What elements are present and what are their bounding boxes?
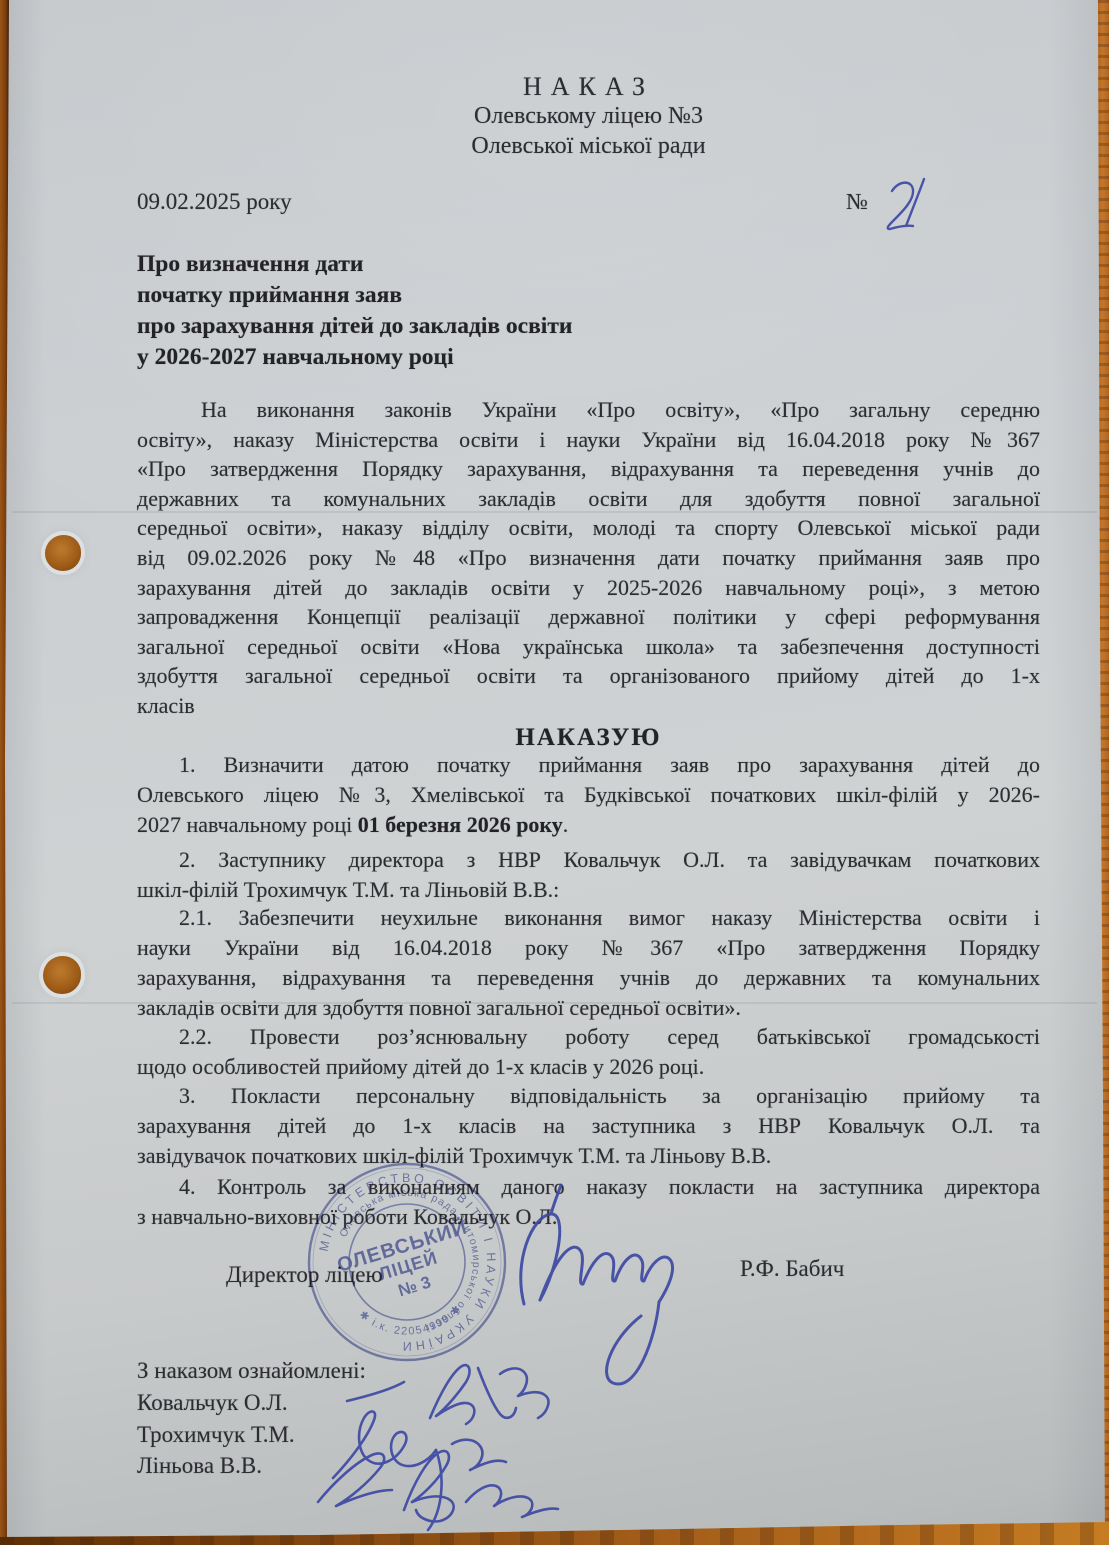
item1-date-bold: 01 березня 2026 року [358,812,563,837]
item-line: шкіл-філій Трохимчук Т.М. та Ліньовій В.… [137,875,1040,905]
item-line: 3. Покласти персональну відповідальність… [137,1081,1040,1111]
director-name: Р.Ф. Бабич [740,1256,844,1282]
document-title: НАКАЗ [137,72,1040,102]
order-date: 09.02.2025 року [137,189,292,215]
order-item-2-2: 2.2. Провести роз’яснювальну роботу сере… [137,1022,1040,1082]
item-line: 1. Визначити датою початку приймання зая… [137,750,1040,780]
preamble-line: запровадження Концепції реалізації держа… [137,602,1040,632]
preamble-line: загальної середньої освіти «Нова українс… [137,632,1040,662]
desk-edge-left [0,0,10,1545]
punch-hole-top [45,535,81,571]
org-line-2: Олевської міської ради [137,133,1040,160]
acknowledgement-name-3: Ліньова В.В. [137,1453,262,1479]
preamble-line: зарахування дітей до закладів освіти у 2… [137,573,1040,603]
acknowledgement-signature-2 [333,1411,506,1530]
handwritten-number-21 [888,179,924,229]
order-number-sign: № [846,189,868,215]
item-line: зарахування, відрахування та переведення… [137,963,1040,993]
order-item-3: 3. Покласти персональну відповідальність… [137,1081,1040,1171]
preamble-line: На виконання законів України «Про освіту… [137,395,1040,425]
school-round-stamp: МІНІСТЕРСТВО ОСВІТИ І НАУКИ УКРАЇНИ Олев… [302,1157,512,1367]
org-line-1: Олевському ліцею №3 [137,103,1040,130]
item-line: щодо особливостей прийому дітей до 1-х к… [137,1052,1040,1082]
preamble-line: здобуття загальної середньої освіти та о… [137,661,1040,691]
item-line: закладів освіти для здобуття повної зага… [137,993,1040,1023]
preamble-line: «Про затвердження Порядку зарахування, в… [137,454,1040,484]
item-line: 4. Контроль за виконанням даного наказу … [137,1172,1040,1202]
item1-end: . [563,812,569,837]
preamble-paragraph: На виконання законів України «Про освіту… [137,395,1040,721]
item-line: Олевського ліцею №3, Хмелівської та Будк… [137,780,1040,810]
preamble-line: від 09.02.2026 року №48 «Про визначення … [137,543,1040,573]
order-item-4: 4. Контроль за виконанням даного наказу … [137,1172,1040,1232]
subject-line-1: Про визначення дати [137,249,1040,280]
item-line: науки України від 16.04.2018 року №367 «… [137,933,1040,963]
order-item-1: 1. Визначити датою початку приймання зая… [137,750,1040,840]
subject-line-2: початку приймання заяв [137,280,1040,311]
item-line: 2. Заступнику директора з НВР Ковальчук … [137,845,1040,875]
acknowledgement-name-2: Трохимчук Т.М. [137,1422,295,1448]
item-line: з навчально-виховної роботи Ковальчук О.… [137,1202,1040,1232]
scanned-order-document: НАКАЗ Олевському ліцею №3 Олевської місь… [0,0,1109,1545]
order-item-2-1: 2.1. Забезпечити неухильне виконання вим… [137,903,1040,1023]
subject-line-4: у 2026-2027 навчальному році [137,342,1040,373]
desk-edge-bottom [0,1518,1109,1545]
acknowledgement-signature-1 [347,1365,548,1424]
item-line: 2.1. Забезпечити неухильне виконання вим… [137,903,1040,933]
acknowledgement-name-1: Ковальчук О.Л. [137,1390,288,1416]
subject-line-3: про зарахування дітей до закладів освіти [137,311,1040,342]
preamble-line: класів [137,691,1040,721]
item-line: зарахування дітей до 1-х класів на засту… [137,1111,1040,1141]
order-item-2: 2. Заступнику директора з НВР Ковальчук … [137,845,1040,905]
desk-edge-right [1087,0,1109,1545]
preamble-line: середньої освіти», наказу відділу освіти… [137,513,1040,543]
item-line: завідувачок початкових шкіл-філій Трохим… [137,1141,1040,1171]
preamble-line: державних та комунальних закладів освіти… [137,484,1040,514]
punch-hole-bottom [43,956,81,994]
acknowledgement-signature-3 [318,1451,558,1521]
item1-prefix: 2027 навчальному році [137,812,358,837]
item-line: 2.2. Провести роз’яснювальну роботу сере… [137,1022,1040,1052]
item-line: 2027 навчальному році 01 березня 2026 ро… [137,810,1040,840]
preamble-line: освіту», наказу Міністерства освіти і на… [137,425,1040,455]
